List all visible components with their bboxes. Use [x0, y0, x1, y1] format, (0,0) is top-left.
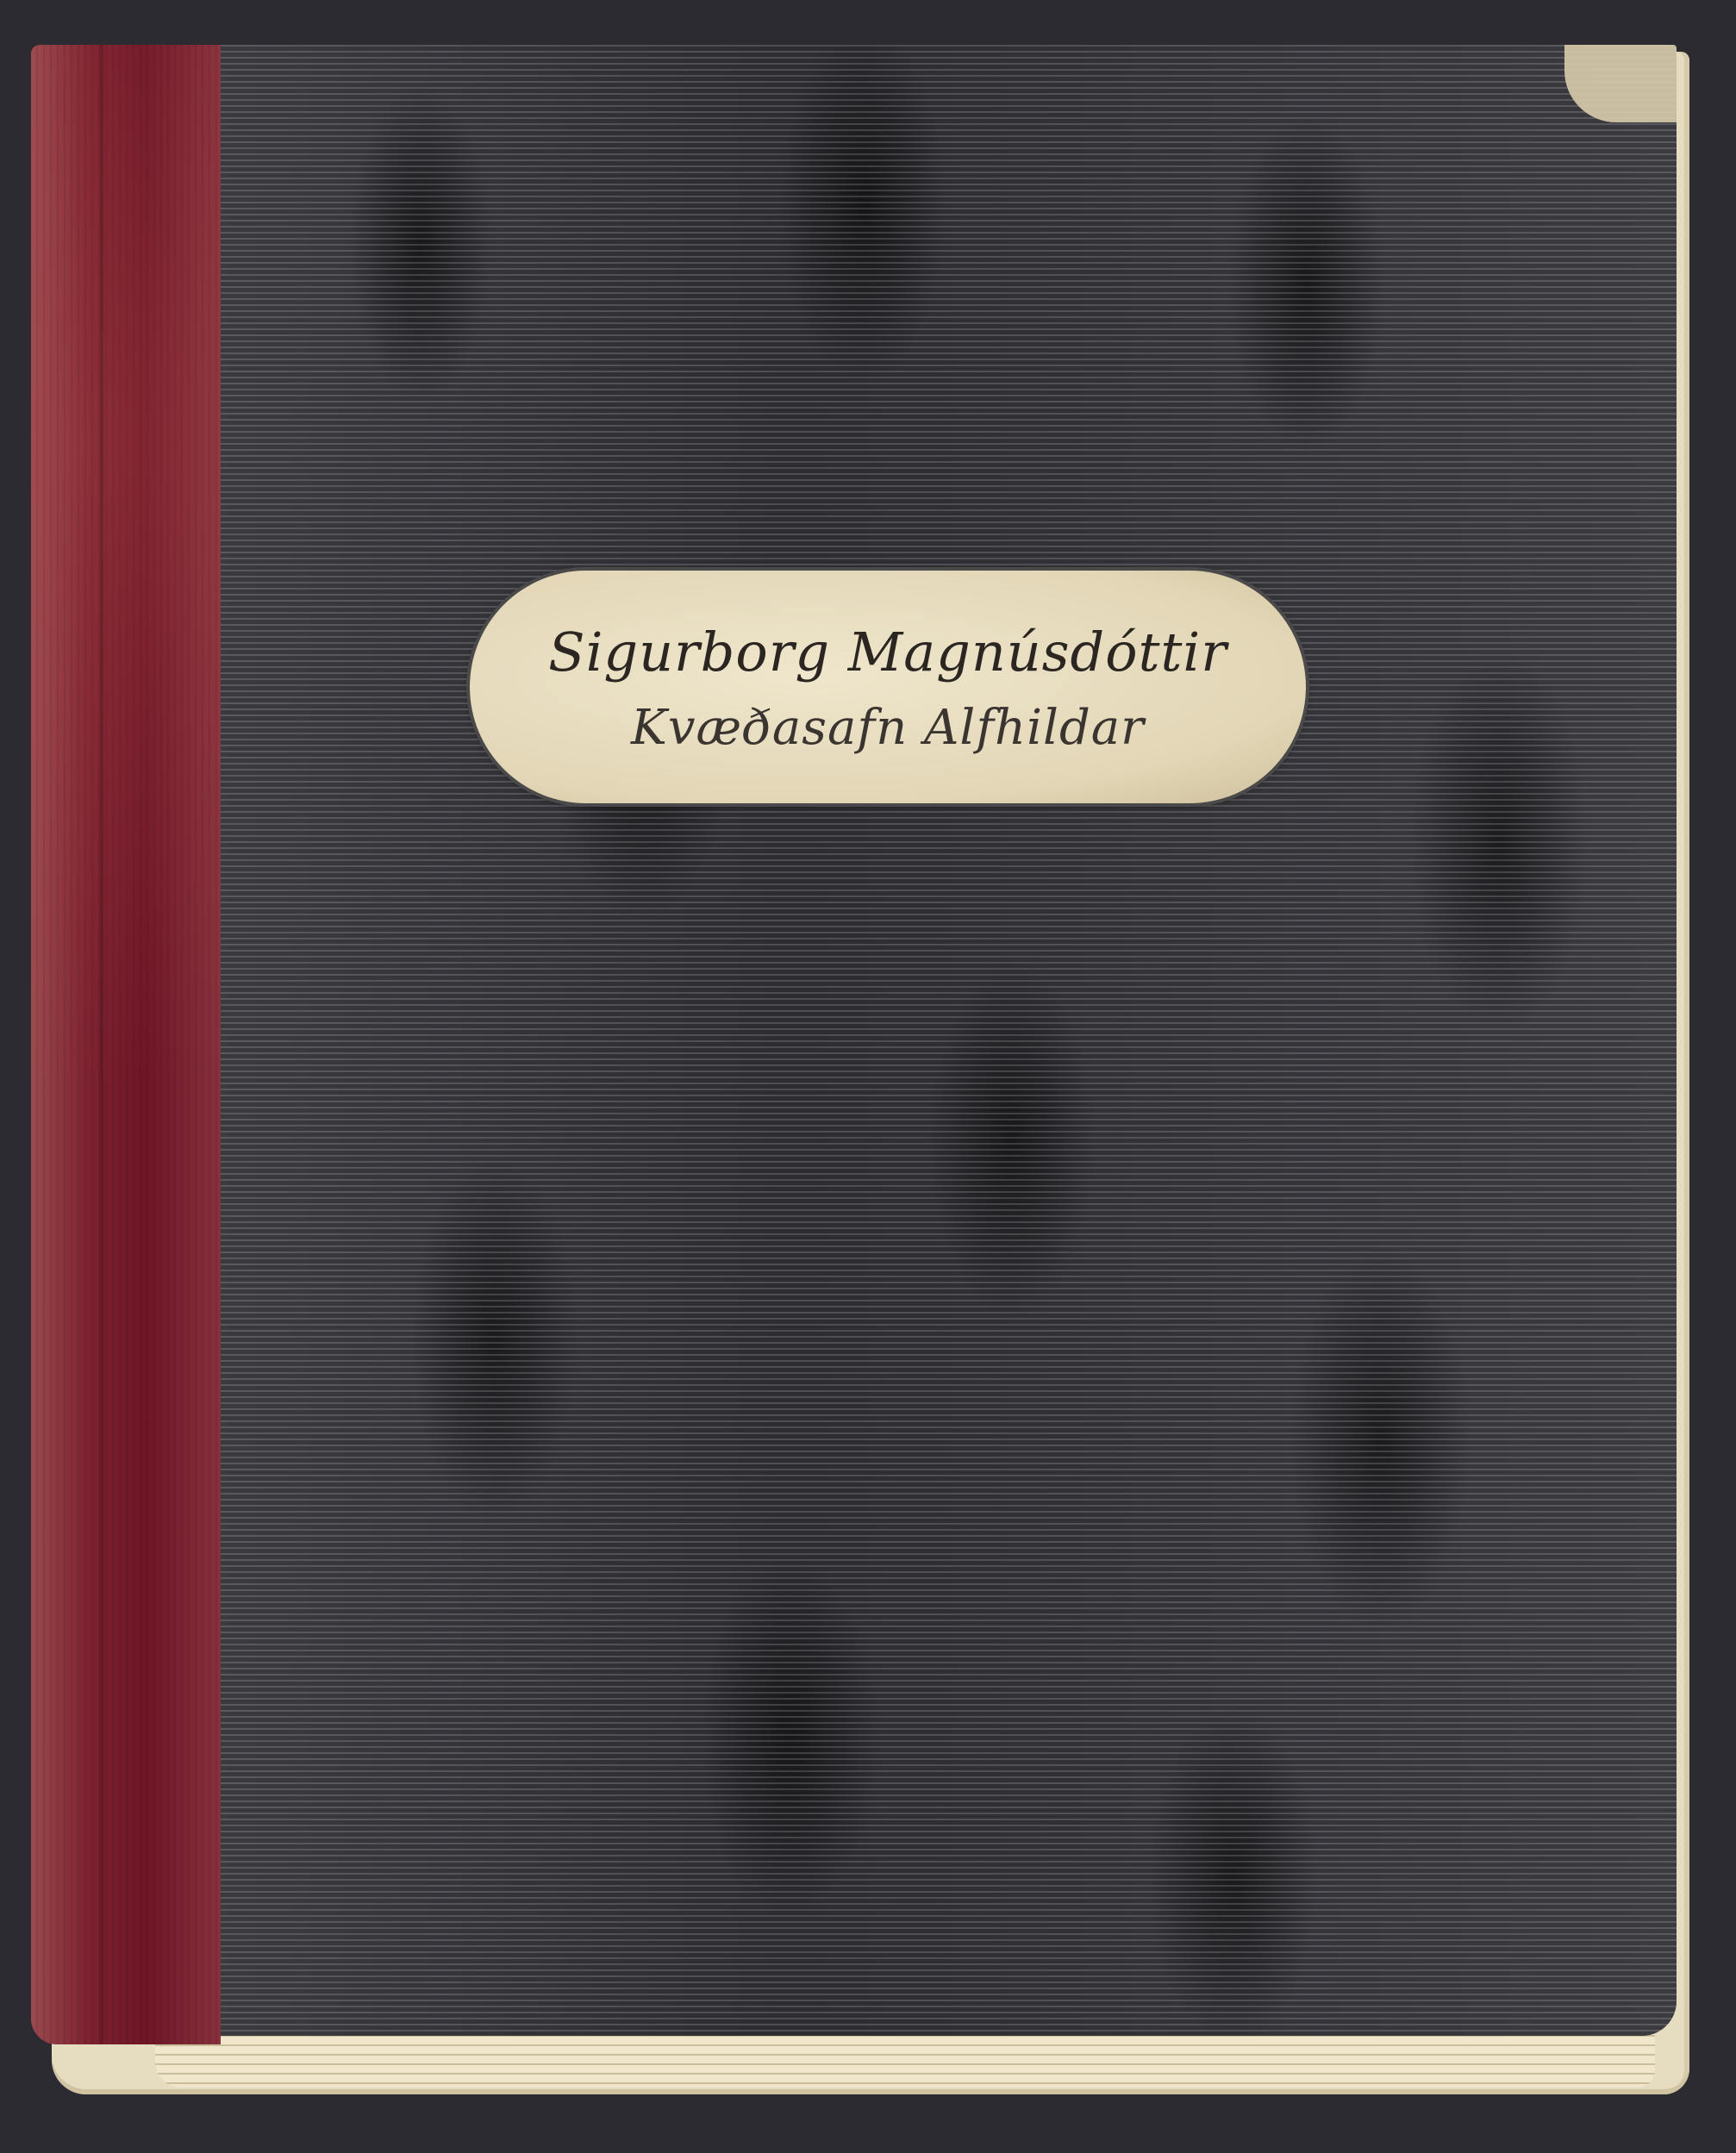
cloth-spine	[31, 45, 221, 2044]
page-edges	[155, 2027, 1655, 2087]
label-title: Kvæðasafn Alfhildar	[470, 700, 1306, 756]
scan-background: Sigurborg Magnúsdóttir Kvæðasafn Alfhild…	[0, 0, 1736, 2153]
label-owner-name: Sigurborg Magnúsdóttir	[470, 621, 1306, 683]
spine-ridge	[100, 45, 103, 2044]
worn-corner	[1564, 45, 1677, 122]
cover-label: Sigurborg Magnúsdóttir Kvæðasafn Alfhild…	[470, 571, 1306, 803]
notebook-cover	[198, 45, 1677, 2036]
